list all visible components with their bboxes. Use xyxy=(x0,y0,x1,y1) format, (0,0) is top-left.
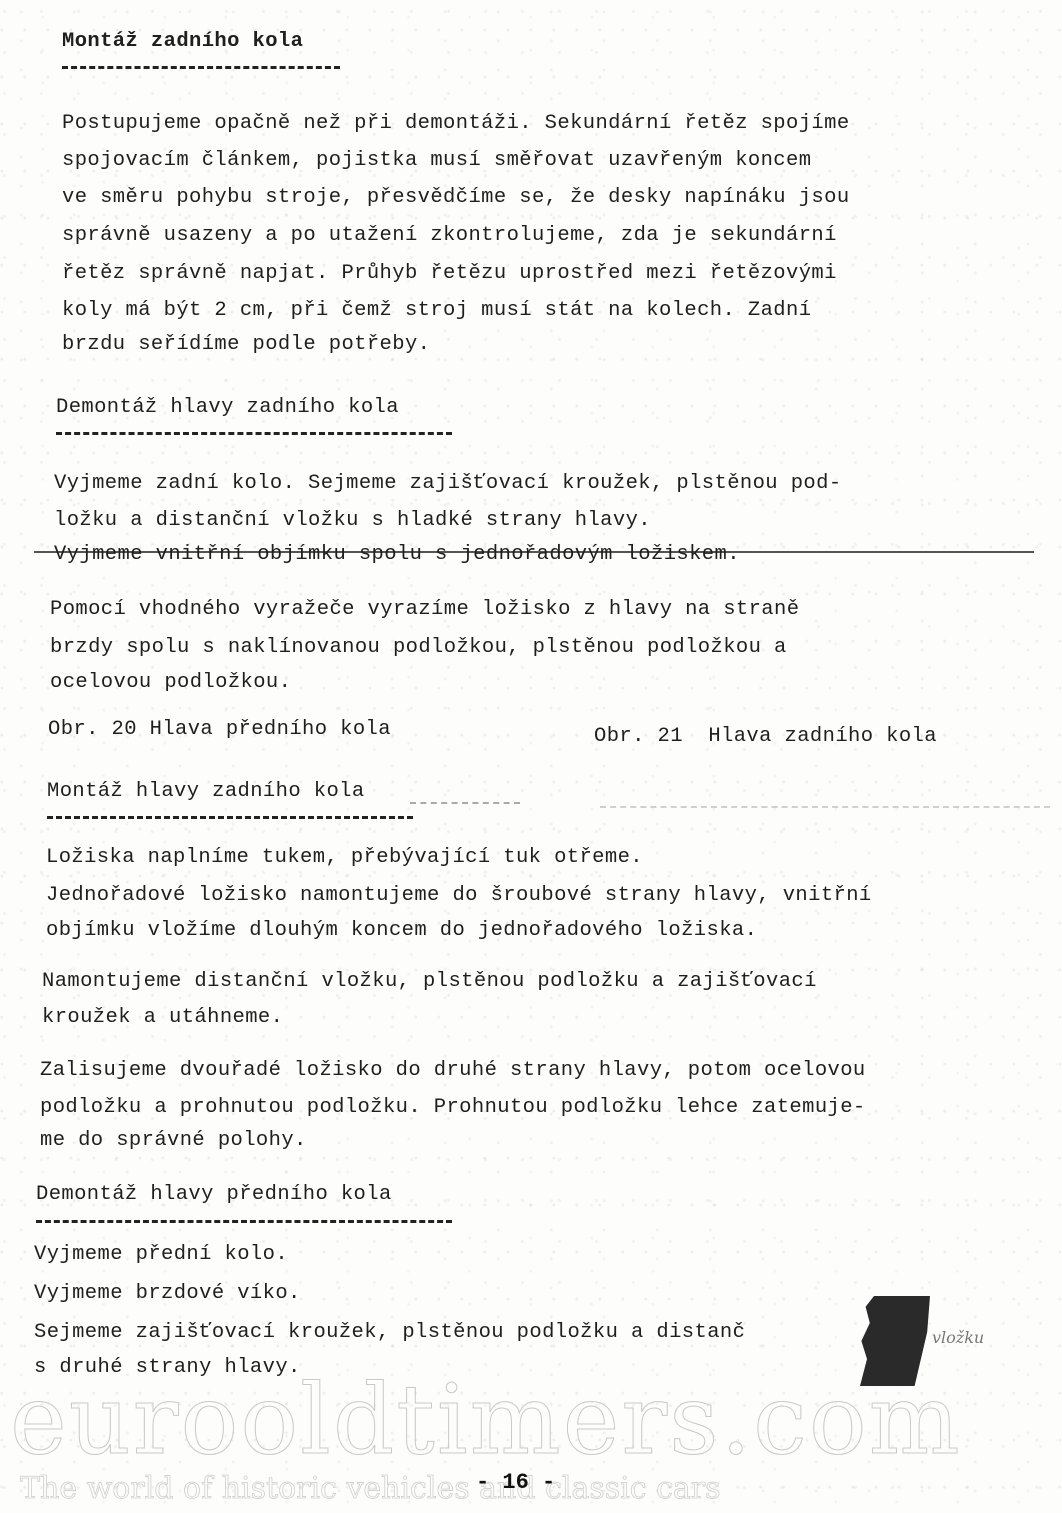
section-heading-front-hub-disassembly: Demontáž hlavy předního kola xyxy=(36,1185,392,1206)
text-line: spojovacím článkem, pojistka musí směřov… xyxy=(62,151,811,172)
text-line: brzdu seřídíme podle potřeby. xyxy=(62,335,430,356)
text-line: Jednořadové ložisko namontujeme do šroub… xyxy=(46,886,872,907)
watermark-tagline: The world of historic vehicles and class… xyxy=(20,1474,721,1504)
text-line: Vyjmeme vnitřní objímku spolu s jednořad… xyxy=(54,545,740,566)
section-heading-rear-wheel-assembly: Montáž zadního kola xyxy=(62,32,303,53)
text-line: Sejmeme zajišťovací kroužek, plstěnou po… xyxy=(34,1323,745,1344)
section-heading-rear-hub-disassembly: Demontáž hlavy zadního kola xyxy=(56,398,399,419)
faint-dash xyxy=(600,806,1050,808)
text-line: Vyjmeme zadní kolo. Sejmeme zajišťovací … xyxy=(54,474,842,495)
text-line: Vyjmeme přední kolo. xyxy=(34,1245,288,1266)
text-line: Postupujeme opačně než při demontáži. Se… xyxy=(62,114,850,135)
text-line: kroužek a utáhneme. xyxy=(42,1008,283,1029)
page-number: - 16 - xyxy=(476,1470,555,1495)
faint-dash xyxy=(410,802,520,804)
text-line: ocelovou podložkou. xyxy=(50,673,291,694)
heading-underline xyxy=(36,1220,452,1223)
text-line: koly má být 2 cm, při čemž stroj musí st… xyxy=(62,301,811,322)
watermark-site: eurooldtimers.com xyxy=(10,1372,962,1468)
text-line: Namontujeme distanční vložku, plstěnou p… xyxy=(42,972,817,993)
text-line: podložku a prohnutou podložku. Prohnutou… xyxy=(40,1098,866,1119)
text-line: Zalisujeme dvouřadé ložisko do druhé str… xyxy=(40,1061,866,1082)
section-heading-rear-hub-assembly: Montáž hlavy zadního kola xyxy=(47,782,365,803)
text-line: Vyjmeme brzdové víko. xyxy=(34,1284,301,1305)
text-line: ložku a distanční vložku s hladké strany… xyxy=(54,511,651,532)
text-line: Pomocí vhodného vyražeče vyrazíme ložisk… xyxy=(50,600,799,621)
text-line: řetěz správně napjat. Průhyb řetězu upro… xyxy=(62,264,837,285)
handwritten-note: vložku xyxy=(932,1328,984,1347)
figure-caption-20: Obr. 20 Hlava předního kola xyxy=(48,720,391,741)
text-line: me do správné polohy. xyxy=(40,1131,307,1152)
text-line: Ložiska naplníme tukem, přebývající tuk … xyxy=(46,848,643,869)
text-line: správně usazeny a po utažení zkontroluje… xyxy=(62,226,837,247)
heading-underline xyxy=(62,66,340,69)
text-line: ve směru pohybu stroje, přesvědčíme se, … xyxy=(62,188,850,209)
figure-caption-21: Obr. 21 Hlava zadního kola xyxy=(594,727,937,748)
text-line: objímku vložíme dlouhým koncem do jednoř… xyxy=(46,921,757,942)
heading-underline xyxy=(47,816,413,819)
text-line: brzdy spolu s naklínovanou podložkou, pl… xyxy=(50,638,787,659)
heading-underline xyxy=(56,432,452,435)
scanned-page: Montáž zadního kola Postupujeme opačně n… xyxy=(0,0,1062,1513)
